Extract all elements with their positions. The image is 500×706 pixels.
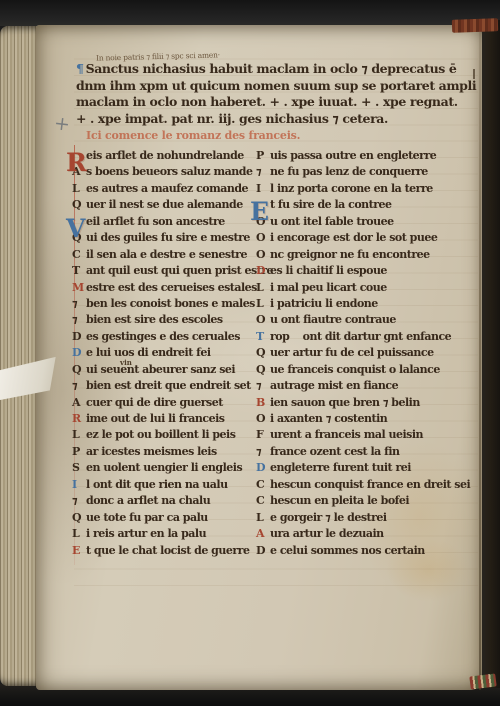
verse-line: Furent a franceis mal ueisin — [256, 427, 480, 443]
verse-initial: Q — [72, 362, 86, 378]
verse-text: l ont dit que rien na ualu — [86, 477, 228, 493]
verse-initial: R — [72, 411, 86, 427]
verse-initial: ⁊ — [72, 312, 86, 328]
verse-text: cuer qui de dire guerset — [86, 395, 223, 411]
verse-line: Tant quil eust qui quen prist estre — [72, 263, 254, 279]
verse-text: donc a arflet na chalu — [86, 493, 210, 509]
verse-initial: A — [256, 526, 270, 542]
verse-text: i reis artur en la palu — [86, 526, 206, 542]
verse-line: ⁊ne fu pas lenz de conquerre — [256, 164, 480, 180]
verse-initial: I — [72, 477, 86, 493]
verse-line: Lez le pot ou boillent li peis — [72, 427, 254, 443]
verse-initial: Q — [256, 362, 270, 378]
verse-text: urent a franceis mal ueisin — [270, 427, 423, 443]
verse-initial: D — [256, 263, 270, 279]
verse-text: e celui sommes nos certain — [270, 543, 425, 559]
verse-line: Li mal peu licart coue — [256, 280, 480, 296]
verse-text: ez le pot ou boillent li peis — [86, 427, 235, 443]
verse-line: Quer il nest se due alemande — [72, 197, 254, 213]
verse-line: As boens beueors saluz mande — [72, 164, 254, 180]
verse-text: eis arflet de nohundrelande — [86, 148, 244, 164]
verse-line: Chescun conquist france en dreit sei — [256, 477, 480, 493]
verse-initial: C — [256, 477, 270, 493]
latin-charm-block: ¶Sanctus nichasius habuit maclam in oclo… — [76, 61, 476, 127]
verse-line: ⁊bien est sire des escoles — [72, 312, 254, 328]
verse-text: t que le chat locist de guerre — [86, 543, 249, 559]
verse-initial: T — [256, 329, 270, 345]
verse-text: engleterre furent tuit rei — [270, 460, 411, 476]
verse-line: Bien sauon que bren ⁊ belin — [256, 395, 480, 411]
manuscript-photo: In noie patris ⁊ filii ⁊ spc sci amen· +… — [0, 0, 500, 706]
backdrop-top-band — [0, 0, 500, 26]
verse-text: ne fu pas lenz de conquerre — [270, 164, 428, 180]
verse-text: i patriciu li endone — [270, 296, 378, 312]
verse-text: en uolent uengier li engleis — [86, 460, 242, 476]
latin-charm-line: dnm ihm xpm ut quicum nomen suum sup se … — [76, 78, 476, 95]
verse-text: maclam in oclo non haberet. + . xpe iuua… — [76, 94, 458, 109]
verse-initial: P — [72, 444, 86, 460]
verse-initial: L — [256, 280, 270, 296]
verse-initial: ⁊ — [256, 444, 270, 460]
verse-line: Aura artur le dezuain — [256, 526, 480, 542]
verse-text: ui des guiles fu sire e mestre — [86, 230, 250, 246]
margin-cross-mark: + — [53, 112, 71, 136]
verse-initial: ⁊ — [72, 378, 86, 394]
verse-text: estre est des cerueises estales — [86, 280, 257, 296]
verse-line: Rime out de lui li franceis — [72, 411, 254, 427]
verse-text: uer artur fu de cel puissance — [270, 345, 434, 361]
verse-line: Mestre est des cerueises estales — [72, 280, 254, 296]
latin-charm-line: maclam in oclo non haberet. + . xpe iuua… — [76, 94, 476, 111]
interlinear-gloss: vin — [120, 355, 132, 371]
verse-initial: O — [256, 312, 270, 328]
verse-line: ⁊bien est dreit que endreit set — [72, 378, 254, 394]
verse-text: hescun conquist france en dreit sei — [270, 477, 470, 493]
verse-line: Acuer qui de dire guerset — [72, 395, 254, 411]
verse-line: Li patriciu li endone — [256, 296, 480, 312]
verse-text: ura artur le dezuain — [270, 526, 384, 542]
verse-line: Dengleterre furent tuit rei — [256, 460, 480, 476]
verse-line: Par icestes meismes leis — [72, 444, 254, 460]
verse-line: Quer artur fu de cel puissance — [256, 345, 480, 361]
verse-text: dnm ihm xpm ut quicum nomen suum sup se … — [76, 78, 476, 93]
latin-charm-line: ¶Sanctus nichasius habuit maclam in oclo… — [76, 61, 476, 78]
verse-text: es li chaitif li espoue — [270, 263, 387, 279]
rubric-line: Ici comence le romanz des franceis. — [86, 129, 300, 142]
verse-text: ui seuent abeurer sanz seivin — [86, 362, 235, 378]
verse-text: ue tote fu par ca palu — [86, 510, 208, 526]
verse-initial: E — [250, 197, 270, 213]
verse-text: i mal peu licart coue — [270, 280, 387, 296]
verse-line: Il inz porta corone en la terre — [256, 181, 480, 197]
leather-binding-corner — [452, 18, 498, 33]
verse-line: Onc greignor ne fu encontree — [256, 247, 480, 263]
verse-line: ⁊donc a arflet na chalu — [72, 493, 254, 509]
verse-column-right: Puis passa outre en engleterre⁊ne fu pas… — [256, 148, 480, 559]
verse-line: Et que le chat locist de guerre — [72, 543, 254, 559]
verse-line: Puis passa outre en engleterre — [256, 148, 480, 164]
verse-line: Le gorgeir ⁊ le destrei — [256, 510, 480, 526]
verse-line: Oi encorage est dor le sot puee — [256, 230, 480, 246]
verse-column-left: Reis arflet de nohundrelandeAs boens beu… — [72, 148, 254, 559]
verse-initial: Q — [256, 345, 270, 361]
verse-line: Qui seuent abeurer sanz seivin — [72, 362, 254, 378]
verse-text: hescun en pleita le bofei — [270, 493, 409, 509]
verse-text: s boens beueors saluz mande — [86, 164, 252, 180]
verse-text: ar icestes meismes leis — [86, 444, 217, 460]
verse-initial: L — [72, 181, 86, 197]
verse-initial: ⁊ — [256, 164, 270, 180]
verse-line: Qui des guiles fu sire e mestre — [72, 230, 254, 246]
verse-text: t fu sire de la contree — [270, 197, 392, 213]
verse-line: Que franceis conquist o lalance — [256, 362, 480, 378]
verse-line: Sen uolent uengier li engleis — [72, 460, 254, 476]
verse-text: ant quil eust qui quen prist estre — [86, 263, 273, 279]
verse-text: ue franceis conquist o lalance — [270, 362, 440, 378]
verse-initial: V — [66, 214, 86, 230]
verse-text: il sen ala e destre e senestre — [86, 247, 247, 263]
verse-initial: D — [256, 460, 270, 476]
verse-line: ⁊france ozent cest la fin — [256, 444, 480, 460]
verse-initial: F — [256, 427, 270, 443]
verse-text: e lui uos di endreit fei — [86, 345, 211, 361]
verse-text: bien est dreit que endreit set — [86, 378, 251, 394]
verse-line: ⁊autrage mist en fiance — [256, 378, 480, 394]
verse-text: ben les conoist bones e males — [86, 296, 255, 312]
verse-initial: D — [72, 329, 86, 345]
verse-initial: B — [256, 395, 270, 411]
verse-initial: L — [72, 526, 86, 542]
verse-initial: A — [72, 395, 86, 411]
verse-line: Chescun en pleita le bofei — [256, 493, 480, 509]
verse-initial: M — [72, 280, 86, 296]
verse-initial: D — [72, 345, 86, 361]
verse-initial: Q — [72, 510, 86, 526]
verse-text: uis passa outre en engleterre — [270, 148, 436, 164]
verse-text: es autres a maufez comande — [86, 181, 248, 197]
verse-text: i encorage est dor le sot puee — [270, 230, 437, 246]
verse-line: Des li chaitif li espoue — [256, 263, 480, 279]
verse-line: Des gestinges e des ceruales — [72, 329, 254, 345]
verse-line: Que tote fu par ca palu — [72, 510, 254, 526]
verse-initial: Q — [72, 197, 86, 213]
verse-text: nc greignor ne fu encontree — [270, 247, 430, 263]
verse-text: Sanctus nichasius habuit maclam in oclo … — [86, 61, 457, 76]
verse-text: uer il nest se due alemande — [86, 197, 243, 213]
verse-initial: ¶ — [76, 61, 86, 76]
verse-text: + . xpe impat. pat nr. iij. ges nichasiu… — [76, 111, 388, 126]
verse-initial: L — [72, 427, 86, 443]
verse-line: Cil sen ala e destre e senestre — [72, 247, 254, 263]
verse-line: Veil arflet fu son ancestre — [72, 214, 254, 230]
verse-initial: C — [256, 493, 270, 509]
verse-initial: C — [72, 247, 86, 263]
verse-text: eil arflet fu son ancestre — [86, 214, 225, 230]
verse-line: Il ont dit que rien na ualu — [72, 477, 254, 493]
verse-text: l inz porta corone en la terre — [270, 181, 433, 197]
verse-initial: P — [256, 148, 270, 164]
verse-initial: I — [256, 181, 270, 197]
verse-line: Oi axanten ⁊ costentin — [256, 411, 480, 427]
verse-initial: S — [72, 460, 86, 476]
verse-text: autrage mist en fiance — [270, 378, 398, 394]
verse-text: i axanten ⁊ costentin — [270, 411, 387, 427]
verse-line: ⁊ben les conoist bones e males — [72, 296, 254, 312]
latin-charm-line: + . xpe impat. pat nr. iij. ges nichasiu… — [76, 111, 476, 128]
verse-initial: ⁊ — [72, 493, 86, 509]
verse-text: ien sauon que bren ⁊ belin — [270, 395, 420, 411]
backdrop-right-strip — [482, 20, 500, 688]
verse-text: bien est sire des escoles — [86, 312, 223, 328]
verse-text: es gestinges e des ceruales — [86, 329, 240, 345]
verse-text: u ont itel fable trouee — [270, 214, 394, 230]
verse-initial: R — [66, 148, 86, 164]
verse-initial: O — [256, 247, 270, 263]
verse-initial: D — [256, 543, 270, 559]
verse-line: Et fu sire de la contree — [256, 197, 480, 213]
parchment-page: In noie patris ⁊ filii ⁊ spc sci amen· +… — [36, 25, 482, 690]
verse-text: e gorgeir ⁊ le destrei — [270, 510, 387, 526]
verse-text: u ont fiautre contraue — [270, 312, 396, 328]
verse-line: Li reis artur en la palu — [72, 526, 254, 542]
verse-initial: L — [256, 510, 270, 526]
verse-text: rop ont dit dartur gnt enfance — [270, 329, 451, 345]
verse-initial: ⁊ — [256, 378, 270, 394]
verse-line: Les autres a maufez comande — [72, 181, 254, 197]
verse-initial: L — [256, 296, 270, 312]
verse-line: Reis arflet de nohundrelande — [72, 148, 254, 164]
verse-initial: T — [72, 263, 86, 279]
verse-line: Ou ont fiautre contraue — [256, 312, 480, 328]
verse-initial: O — [256, 230, 270, 246]
verse-line: Trop ont dit dartur gnt enfance — [256, 329, 480, 345]
verse-line: Ou ont itel fable trouee — [256, 214, 480, 230]
verse-text: ime out de lui li franceis — [86, 411, 225, 427]
verse-initial: E — [72, 543, 86, 559]
verse-line: De celui sommes nos certain — [256, 543, 480, 559]
verse-line: De lui uos di endreit fei — [72, 345, 254, 361]
verse-initial: O — [256, 411, 270, 427]
verse-initial: ⁊ — [72, 296, 86, 312]
verse-text: france ozent cest la fin — [270, 444, 400, 460]
